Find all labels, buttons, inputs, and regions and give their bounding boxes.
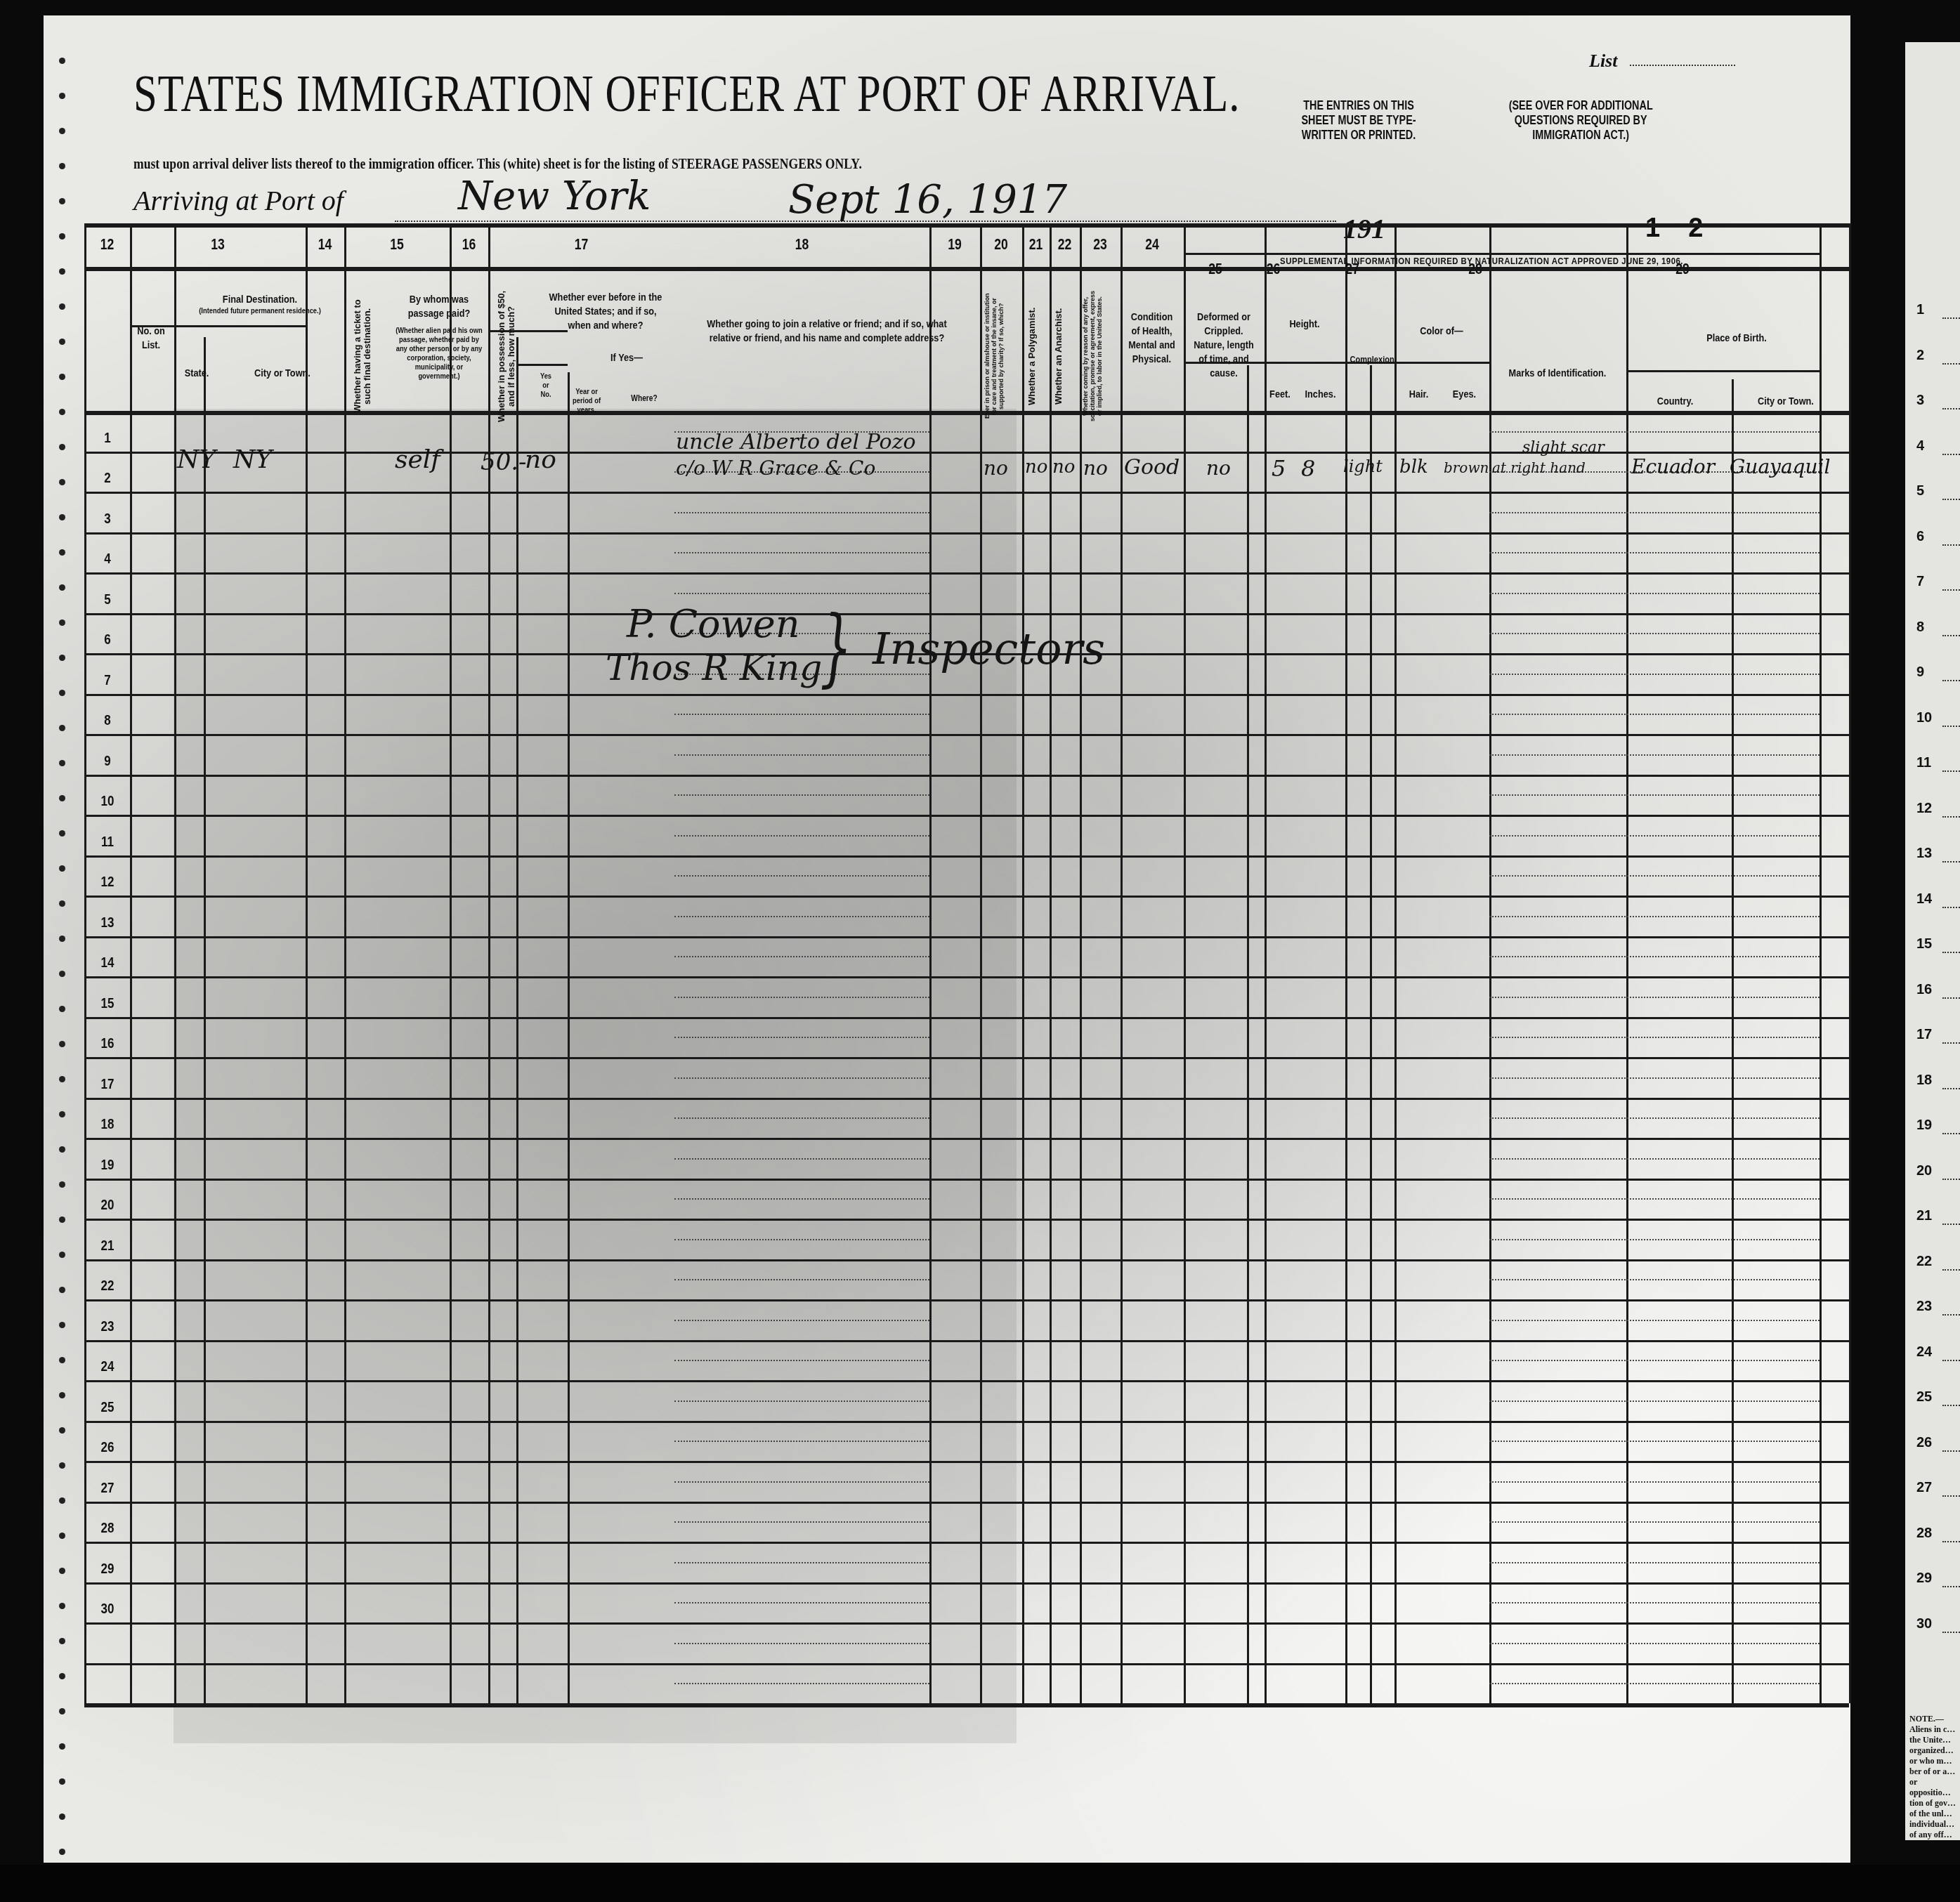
year-printed: 191 (1343, 212, 1385, 245)
adjacent-row-rule (1942, 1088, 1960, 1089)
page-title: STATES IMMIGRATION OFFICER AT PORT OF AR… (133, 65, 1240, 124)
row-number: 15 (93, 996, 123, 1012)
column-number: 15 (355, 235, 439, 254)
dotted-guide (1489, 593, 1819, 594)
row-number: 10 (93, 794, 123, 810)
adjacent-row-number: 17 (1916, 1027, 1932, 1043)
adjacent-page-strip (1905, 42, 1960, 1840)
adjacent-row-number: 25 (1916, 1389, 1932, 1405)
binding-hole-icon (59, 900, 65, 907)
adjacent-row-rule (1942, 997, 1960, 999)
adjacent-row-number: 19 (1916, 1117, 1932, 1134)
header-state: State. (179, 367, 215, 381)
cell-anarchist: no (1052, 457, 1075, 478)
header-contract-labor: Whether coming by reason of any offer, s… (1082, 289, 1117, 423)
adjacent-row-number: 29 (1916, 1570, 1932, 1587)
binding-hole-icon (59, 444, 65, 450)
binding-hole-icon (59, 1216, 65, 1223)
row-number: 27 (93, 1481, 123, 1497)
binding-hole-icon (59, 163, 65, 169)
adjacent-row-rule (1942, 1360, 1960, 1361)
column-rule (1345, 223, 1347, 1703)
cell-prison: no (984, 457, 1008, 480)
row-number: 4 (93, 551, 123, 568)
header-yes-no: Yes or No. (537, 372, 555, 400)
adjacent-row-number: 9 (1916, 664, 1924, 681)
column-rule (130, 223, 132, 1703)
header-money: Whether in possession of $50, and if les… (497, 289, 532, 423)
row-number: 23 (93, 1319, 123, 1335)
adjacent-row-rule (1942, 1179, 1960, 1180)
dotted-guide (1489, 1602, 1819, 1603)
header-health: Condition of Health, Mental and Physical… (1126, 310, 1177, 367)
header-before-us: Whether ever before in the United States… (546, 291, 665, 333)
supplemental-header: SUPPLEMENTAL INFORMATION REQUIRED BY NAT… (1280, 256, 1683, 266)
binding-hole-icon (59, 830, 65, 837)
binding-hole-icon (59, 1462, 65, 1469)
cell-money: 50.- (481, 448, 527, 476)
header-inches: Inches. (1301, 388, 1340, 402)
row-number: 28 (93, 1521, 123, 1537)
row-number: 29 (93, 1561, 123, 1578)
adjacent-row-number: 27 (1916, 1480, 1932, 1496)
adjacent-row-number: 1 (1916, 302, 1924, 318)
dotted-guide (1489, 512, 1819, 513)
dotted-guide (1489, 997, 1819, 998)
adjacent-row-rule (1942, 1133, 1960, 1134)
binding-hole-icon (59, 584, 65, 591)
port-handwritten: New York (458, 173, 651, 219)
binding-hole-icon (59, 514, 65, 520)
dotted-guide (1489, 1239, 1819, 1240)
dotted-guide (1489, 674, 1819, 675)
binding-hole-icon (59, 1743, 65, 1750)
adjacent-row-rule (1942, 363, 1960, 365)
adjacent-row-number: 21 (1916, 1208, 1932, 1224)
row-number: 2 (93, 471, 123, 487)
adjacent-row-number: 26 (1916, 1435, 1932, 1451)
column-rule (1050, 223, 1052, 1703)
aged-shading (174, 409, 1017, 1743)
cell-health: Good (1124, 455, 1180, 480)
adjacent-row-number: 12 (1916, 801, 1932, 817)
cell-eyes: brown (1444, 459, 1489, 476)
header-hair: Hair. (1399, 388, 1438, 402)
adjacent-page-note: NOTE.— Aliens in c… the Unite… organized… (1909, 1714, 1960, 1840)
dotted-guide (1489, 1401, 1819, 1402)
adjacent-row-number: 8 (1916, 619, 1924, 636)
adjacent-row-rule (1942, 726, 1960, 727)
binding-hole-icon (59, 198, 65, 204)
adjacent-row-rule (1942, 1405, 1960, 1406)
adjacent-row-number: 11 (1916, 755, 1931, 771)
adjacent-row-number: 6 (1916, 529, 1924, 545)
binding-hole-icon (59, 655, 65, 661)
cell-contract-labor: no (1083, 457, 1108, 480)
signature-role: Inspectors (873, 623, 1105, 674)
row-number: 12 (93, 874, 123, 891)
sub-column-rule (1732, 379, 1734, 1703)
adjacent-row-rule (1942, 1314, 1960, 1316)
column-number: 17 (507, 235, 656, 254)
binding-holes (44, 15, 72, 1863)
binding-hole-icon (59, 619, 65, 626)
adjacent-row-rule (1942, 907, 1960, 908)
adjacent-row-number: 16 (1916, 982, 1932, 998)
binding-hole-icon (59, 1041, 65, 1047)
adjacent-row-number: 5 (1916, 483, 1924, 499)
column-rule (1022, 223, 1024, 1703)
row-number: 24 (93, 1359, 123, 1375)
binding-hole-icon (59, 549, 65, 556)
column-rule (1080, 223, 1082, 1703)
binding-hole-icon (59, 303, 65, 310)
column-number: 24 (1127, 235, 1177, 254)
cell-paid-by: self (395, 445, 440, 474)
signature-inspector-2: Thos R King (606, 648, 822, 688)
header-if-yes: If Yes— (591, 351, 662, 365)
binding-hole-icon (59, 936, 65, 942)
cell-hair: blk (1399, 457, 1428, 478)
header-country: Country. (1635, 395, 1716, 409)
dotted-guide (1489, 1158, 1819, 1160)
binding-hole-icon (59, 1252, 65, 1258)
row-number: 26 (93, 1440, 123, 1456)
header-ticket: Whether having a ticket to such final de… (353, 289, 384, 423)
binding-hole-icon (59, 1638, 65, 1644)
column-rule (1819, 223, 1822, 1703)
adjacent-row-number: 14 (1916, 891, 1932, 907)
row-number: 1 (93, 431, 123, 447)
column-number: 20 (984, 235, 1018, 254)
binding-hole-icon (59, 374, 65, 380)
adjacent-row-number: 10 (1916, 710, 1932, 726)
row-number: 18 (93, 1117, 123, 1133)
binding-hole-icon (59, 1778, 65, 1785)
binding-hole-icon (59, 479, 65, 485)
adjacent-row-number: 20 (1916, 1163, 1932, 1179)
cell-polygamist: no (1025, 457, 1047, 478)
binding-hole-icon (59, 93, 65, 99)
adjacent-row-number: 24 (1916, 1344, 1932, 1360)
row-number: 9 (93, 754, 123, 770)
column-rule (1489, 223, 1491, 1703)
dotted-guide (1489, 1117, 1819, 1119)
adjacent-row-rule (1942, 770, 1960, 772)
adjacent-row-rule (1942, 1632, 1960, 1633)
binding-hole-icon (59, 1427, 65, 1434)
column-number: 18 (700, 235, 903, 254)
row-number: 13 (93, 915, 123, 931)
dotted-guide (1489, 1198, 1819, 1200)
cell-height-ft: 5 (1272, 455, 1286, 482)
binding-hole-icon (59, 409, 65, 415)
cell-marks-line2: at right hand (1492, 459, 1586, 476)
scan-border (0, 1865, 1960, 1902)
row-number: 20 (93, 1198, 123, 1214)
header-passage-paid: By whom was passage paid? (Whether alien… (394, 293, 484, 381)
cell-country: Ecuador (1631, 455, 1715, 478)
header-prison: Ever in prison or almshouse or instituti… (984, 289, 1019, 423)
brace-icon: } (820, 598, 852, 696)
adjacent-row-number: 4 (1916, 438, 1924, 454)
binding-hole-icon (59, 1673, 65, 1679)
column-rule (1184, 223, 1186, 1703)
dotted-guide (1489, 835, 1819, 837)
adjacent-row-rule (1942, 1042, 1960, 1044)
column-number: 12 (89, 235, 126, 254)
binding-hole-icon (59, 1814, 65, 1820)
typewritten-notice: THE ENTRIES ON THIS SHEET MUST BE TYPE- … (1301, 98, 1416, 143)
column-number: 25 (1190, 260, 1241, 278)
header-complexion: Complexion. (1350, 353, 1386, 367)
column-rule (84, 223, 86, 1703)
row-number: 3 (93, 511, 123, 527)
row-number: 6 (93, 632, 123, 648)
adjacent-row-rule (1942, 1450, 1960, 1452)
adjacent-row-rule (1942, 952, 1960, 953)
header-top-rule (84, 223, 1849, 228)
adjacent-row-rule (1942, 1586, 1960, 1587)
column-number: 16 (454, 235, 485, 254)
row-number: 21 (93, 1238, 123, 1254)
binding-hole-icon (59, 795, 65, 801)
header-anarchist: Whether an Anarchist. (1054, 289, 1075, 423)
dotted-guide (1489, 714, 1819, 715)
header-marks: Marks of Identification. (1501, 367, 1614, 381)
adjacent-row-rule (1942, 861, 1960, 863)
row-number: 17 (93, 1077, 123, 1093)
column-number: 13 (148, 235, 288, 254)
header-place-of-birth: Place of Birth. (1644, 332, 1829, 346)
header-eyes: Eyes. (1445, 388, 1484, 402)
dotted-guide (1489, 1320, 1819, 1321)
dotted-guide (1489, 794, 1819, 796)
dotted-guide (1489, 1562, 1819, 1563)
binding-hole-icon (59, 1357, 65, 1363)
binding-hole-icon (59, 1076, 65, 1082)
dotted-guide (1489, 1360, 1819, 1361)
adjacent-row-number: 13 (1916, 846, 1932, 862)
dotted-guide (1489, 956, 1819, 957)
dotted-guide (1489, 1037, 1819, 1038)
adjacent-row-number: 22 (1916, 1254, 1932, 1270)
dotted-guide (1489, 633, 1819, 634)
adjacent-row-number: 3 (1916, 393, 1924, 409)
dotted-guide (1489, 552, 1819, 553)
binding-hole-icon (59, 1849, 65, 1855)
dotted-guide (1489, 1481, 1819, 1483)
date-handwritten: Sept 16, 1917 (788, 177, 1067, 223)
column-number: 14 (310, 235, 341, 254)
cell-complexion: light (1343, 457, 1383, 476)
adjacent-row-rule (1942, 589, 1960, 591)
cell-before-us: no (525, 445, 556, 474)
adjacent-row-rule (1942, 544, 1960, 546)
steerage-instruction: must upon arrival deliver lists thereof … (133, 155, 862, 173)
adjacent-row-rule (1942, 680, 1960, 681)
row-number: 11 (93, 834, 123, 851)
adjacent-row-rule (1942, 1495, 1960, 1497)
column-number: 19 (934, 235, 975, 254)
binding-hole-icon (59, 1603, 65, 1609)
binding-hole-icon (59, 1533, 65, 1539)
binding-hole-icon (59, 725, 65, 731)
header-feet: Feet. (1268, 388, 1292, 402)
binding-hole-icon (59, 268, 65, 275)
binding-hole-icon (59, 690, 65, 696)
binding-hole-icon (59, 1392, 65, 1398)
adjacent-row-rule (1942, 816, 1960, 818)
header-color-of: Color of— (1403, 324, 1481, 339)
binding-hole-icon (59, 1111, 65, 1117)
adjacent-row-rule (1942, 499, 1960, 500)
row-number: 22 (93, 1278, 123, 1294)
adjacent-row-number: 7 (1916, 574, 1924, 590)
dotted-guide (1489, 1683, 1819, 1684)
arriving-label: Arriving at Port of (133, 184, 344, 217)
binding-hole-icon (59, 128, 65, 134)
cell-city: NY (233, 445, 272, 474)
cell-height-in: 8 (1301, 455, 1315, 482)
adjacent-row-number: 28 (1916, 1526, 1932, 1542)
row-number: 25 (93, 1400, 123, 1416)
dotted-guide (1489, 1441, 1819, 1442)
adjacent-row-number: 30 (1916, 1616, 1932, 1632)
binding-hole-icon (59, 760, 65, 766)
cell-marks-line1: slight scar (1522, 439, 1605, 457)
adjacent-row-number: 18 (1916, 1073, 1932, 1089)
binding-hole-icon (59, 58, 65, 64)
column-rule (1394, 223, 1397, 1703)
header-join-relative: Whether going to join a relative or frie… (705, 317, 950, 346)
header-deformed: Deformed or Crippled. Nature, length of … (1191, 310, 1257, 381)
column-number: 21 (1025, 235, 1047, 254)
binding-hole-icon (59, 1708, 65, 1714)
dotted-guide (1489, 1521, 1819, 1523)
dotted-guide (1489, 1279, 1819, 1280)
binding-hole-icon (59, 1322, 65, 1328)
right-border (1849, 223, 1851, 1703)
binding-hole-icon (59, 971, 65, 977)
sheet-number: 12 (1645, 214, 1703, 244)
binding-hole-icon (59, 339, 65, 345)
dotted-guide (1489, 916, 1819, 917)
binding-hole-icon (59, 1146, 65, 1153)
binding-hole-icon (59, 1568, 65, 1574)
list-label: List (1589, 51, 1617, 72)
binding-hole-icon (59, 1497, 65, 1504)
row-number: 8 (93, 713, 123, 729)
manifest-page: STATES IMMIGRATION OFFICER AT PORT OF AR… (44, 15, 1850, 1863)
header-city-town: City or Town. (229, 367, 337, 381)
header-birth-city: City or Town. (1735, 395, 1837, 409)
header-no-on-list: No. on List. (133, 324, 169, 353)
row-number: 14 (93, 955, 123, 971)
column-rule (1265, 223, 1267, 1703)
supplemental-rule (1184, 253, 1819, 255)
adjacent-row-rule (1942, 1224, 1960, 1225)
cell-deformed: no (1206, 457, 1231, 480)
signature-inspector-1: P. Cowen (627, 602, 800, 646)
dotted-guide (1489, 431, 1819, 433)
cell-birth-city: Guayaquil (1730, 455, 1830, 478)
binding-hole-icon (59, 233, 65, 240)
column-rule (1626, 223, 1628, 1703)
adjacent-row-rule (1942, 1541, 1960, 1542)
dotted-guide (1489, 875, 1819, 877)
header-polygamist: Whether a Polygamist. (1027, 289, 1048, 423)
adjacent-row-number: 15 (1916, 936, 1932, 952)
binding-hole-icon (59, 1181, 65, 1188)
row-number: 5 (93, 592, 123, 608)
column-rule (1121, 223, 1123, 1703)
header-sub-rule (1626, 370, 1819, 372)
row-number: 16 (93, 1036, 123, 1052)
column-number: 23 (1084, 235, 1116, 254)
binding-hole-icon (59, 1287, 65, 1293)
cell-join-line1: uncle Alberto del Pozo (676, 430, 916, 454)
dotted-guide (1489, 1643, 1819, 1644)
sub-column-rule (1247, 365, 1249, 1703)
header-final-destination: Final Destination. (Intended future perm… (188, 293, 332, 316)
adjacent-row-rule (1942, 635, 1960, 636)
column-number: 22 (1052, 235, 1076, 254)
list-number-field (1630, 65, 1735, 66)
see-over-notice: (SEE OVER FOR ADDITIONAL QUESTIONS REQUI… (1509, 98, 1653, 143)
header-where: Where? (618, 391, 672, 405)
adjacent-row-rule (1942, 317, 1960, 319)
adjacent-row-rule (1942, 1269, 1960, 1271)
adjacent-row-rule (1942, 454, 1960, 455)
dotted-guide (1489, 1077, 1819, 1079)
header-period: Year or period of years. (566, 388, 608, 415)
adjacent-row-number: 2 (1916, 348, 1924, 364)
adjacent-row-number: 23 (1916, 1299, 1932, 1315)
row-number: 19 (93, 1157, 123, 1174)
cell-state: NY (177, 445, 216, 474)
binding-hole-icon (59, 1006, 65, 1012)
cell-join-line2: c/o W R Grace & Co (676, 457, 875, 480)
sub-column-rule (1370, 365, 1372, 1703)
adjacent-row-rule (1942, 408, 1960, 409)
binding-hole-icon (59, 865, 65, 872)
dotted-guide (1489, 754, 1819, 756)
row-number: 7 (93, 673, 123, 689)
header-height: Height. (1272, 317, 1338, 332)
row-number: 30 (93, 1601, 123, 1618)
